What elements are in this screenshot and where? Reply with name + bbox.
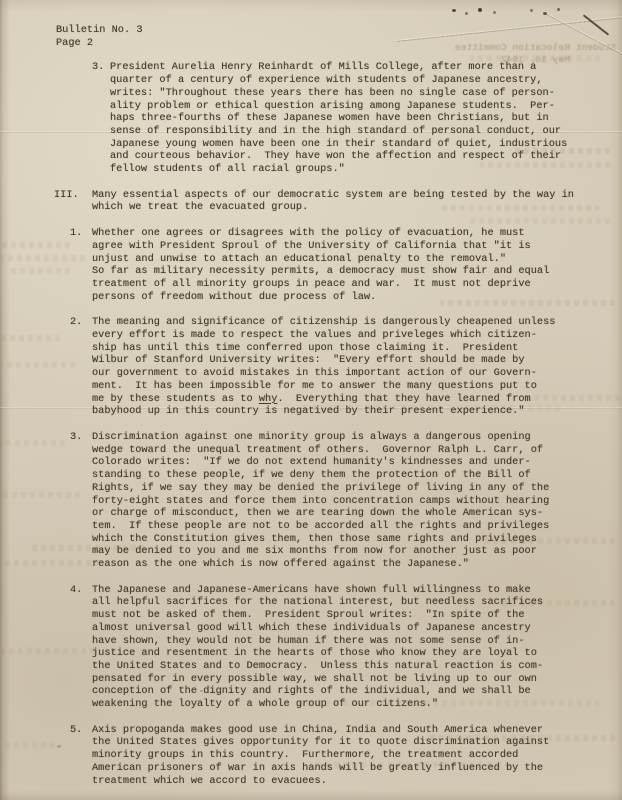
item-text: The meaning and significance of citizens… bbox=[92, 316, 622, 418]
item-number: 4. bbox=[70, 584, 82, 597]
list-item: 1. Whether one agrees or disagrees with … bbox=[0, 227, 622, 303]
item-text: Discrimination against one minority grou… bbox=[92, 431, 622, 571]
staple-hole bbox=[452, 9, 456, 12]
item-text: The Japanese and Japanese-Americans have… bbox=[92, 584, 622, 711]
section-number: III. bbox=[54, 189, 79, 202]
staple-hole bbox=[543, 12, 547, 15]
document-page: Student Relocation Committee May 16, 194… bbox=[0, 0, 622, 800]
item-text: Axis propoganda makes good use in China,… bbox=[92, 724, 622, 788]
list-item: 3. Discrimination against one minority g… bbox=[0, 431, 622, 571]
staple-hole bbox=[557, 8, 560, 11]
underlined-word: why bbox=[259, 393, 278, 405]
list-item: 5. Axis propoganda makes good use in Chi… bbox=[0, 724, 622, 788]
item-number: 3. bbox=[92, 61, 104, 74]
item-number: 5. bbox=[70, 724, 82, 737]
item-text-segment: The meaning and significance of citizens… bbox=[92, 316, 555, 404]
item-number: 1. bbox=[70, 227, 82, 240]
continued-list-item: 3. President Aurelia Henry Reinhardt of … bbox=[0, 61, 622, 175]
list-item: 4. The Japanese and Japanese-Americans h… bbox=[0, 584, 622, 711]
item-number: 3. bbox=[70, 431, 82, 444]
item-number: 2. bbox=[70, 316, 82, 329]
staple-hole bbox=[493, 11, 496, 14]
section-text: Many essential aspects of our democratic… bbox=[92, 189, 622, 214]
bleedthrough-smudge bbox=[470, 218, 610, 224]
section-heading: III. Many essential aspects of our democ… bbox=[0, 189, 622, 214]
staple-hole bbox=[478, 8, 482, 12]
staple-hole bbox=[530, 9, 533, 12]
item-text: Whether one agrees or disagrees with the… bbox=[92, 227, 622, 303]
staple-hole bbox=[465, 12, 468, 15]
item-text: President Aurelia Henry Reinhardt of Mil… bbox=[110, 61, 622, 175]
list-item: 2. The meaning and significance of citiz… bbox=[0, 316, 622, 418]
